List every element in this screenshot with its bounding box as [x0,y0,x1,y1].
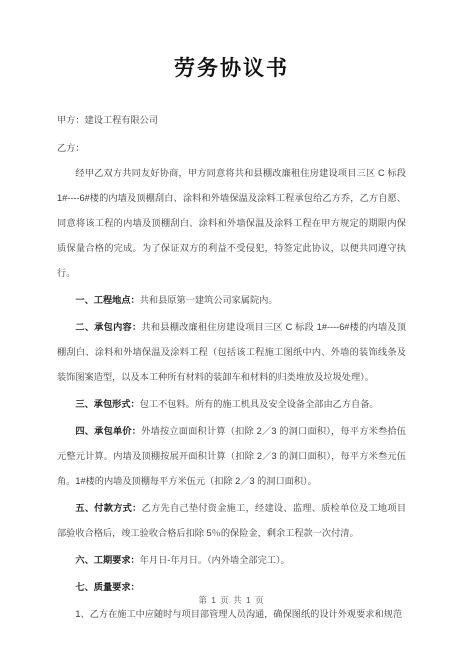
section-contract-form: 三、承包形式：包工不包料。所有的施工机具及安全设备全部由乙方自备。 [57,392,406,417]
section-label: 一、工程地点： [75,295,139,305]
section-label: 七、质量要求： [75,582,139,592]
intro-paragraph: 经甲乙双方共同友好协商，甲方同意将共和县棚改廉租住房建设项目三区 C 标段1#-… [57,161,406,286]
section-label: 六、工期要求： [75,555,139,565]
section-schedule-requirement: 六、工期要求：年月日-年月日。（内外墙全部完工）。 [57,548,406,573]
section-text: 包工不包料。所有的施工机具及安全设备全部由乙方自备。 [140,399,379,409]
section-text: 共和县原第一建筑公司家属院内。 [140,295,278,305]
party-a-line: 甲方：建设工程有限公司 [57,108,406,133]
document-page: 劳务协议书 甲方：建设工程有限公司 乙方： 经甲乙双方共同友好协商，甲方同意将共… [0,0,463,627]
section-label: 四、承包单价： [75,426,141,436]
document-title: 劳务协议书 [57,0,406,82]
section-contract-content: 二、承包内容：共和县棚改廉租住房建设项目三区 C 标段 1#----6#楼的内墙… [57,315,406,390]
section-label: 五、付款方式： [75,503,141,513]
section-payment-method: 五、付款方式：乙方先自己垫付资金施工，经建设、监理、质检单位及工地项目部验收合格… [57,496,406,546]
section-text: 年月日-年月日。（内外墙全部完工）。 [140,555,290,565]
section-project-location: 一、工程地点：共和县原第一建筑公司家属院内。 [57,288,406,313]
section-unit-price: 四、承包单价：外墙按立面面积计算（扣除 2／3 的洞口面积），每平方米叁拾伍元整… [57,419,406,494]
party-b-line: 乙方： [57,136,406,161]
section-label: 三、承包形式： [75,399,139,409]
page-number-footer: 第 1 页 共 1 页 [0,594,463,606]
section-label: 二、承包内容： [75,322,141,332]
